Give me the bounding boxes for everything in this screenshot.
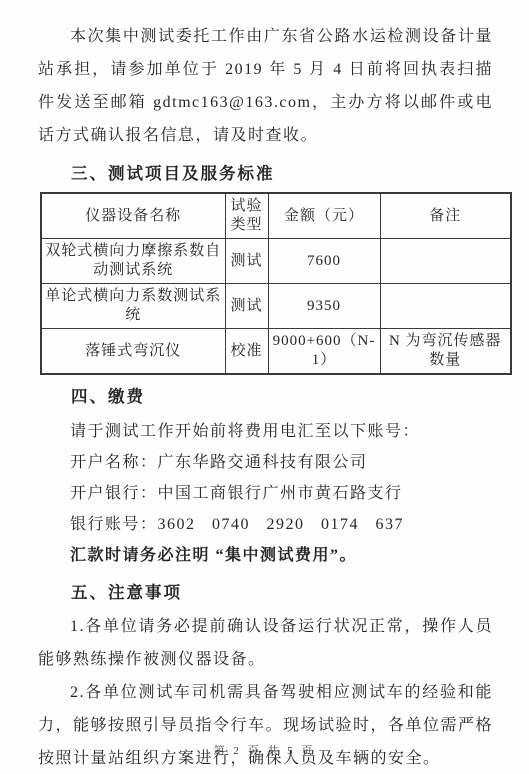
table-cell-amount: 9350 <box>268 284 380 329</box>
table-row: 双轮式横向力摩擦系数自动测试系统 测试 7600 <box>41 239 511 284</box>
table-row: 落锤式弯沉仪 校准 9000+600（N-1） N 为弯沉传感器数量 <box>41 329 511 375</box>
table-cell-instrument: 单论式横向力系数测试系统 <box>41 284 225 329</box>
table-cell-instrument: 落锤式弯沉仪 <box>41 329 225 375</box>
table-header-remarks: 备注 <box>380 193 511 239</box>
payment-details: 请于测试工作开始前将费用电汇至以下账号： 开户名称：广东华路交通科技有限公司 开… <box>38 416 493 571</box>
table-header-amount: 金额（元） <box>268 193 380 239</box>
table-cell-remarks <box>380 284 511 329</box>
table-header-row: 仪器设备名称 试验类型 金额（元） 备注 <box>41 193 511 239</box>
section-heading-payment: 四、缴费 <box>38 384 493 410</box>
table-cell-test-type: 测试 <box>225 284 268 329</box>
document-page: 本次集中测试委托工作由广东省公路水运检测设备计量站承担，请参加单位于 2019 … <box>0 0 529 774</box>
table-header-instrument: 仪器设备名称 <box>41 193 225 239</box>
table-cell-test-type: 校准 <box>225 329 268 375</box>
note-paragraph-2: 2.各单位测试车司机需具备驾驶相应测试车的经验和能力，能够按照引导员指令行车。现… <box>38 676 493 774</box>
table-cell-remarks <box>380 239 511 284</box>
page-footer: 第 2 页 共 5 页 <box>0 742 529 758</box>
intro-paragraph: 本次集中测试委托工作由广东省公路水运检测设备计量站承担，请参加单位于 2019 … <box>38 20 493 152</box>
note-paragraph-1: 1.各单位请务必提前确认设备运行状况正常，操作人员能够熟练操作被测仪器设备。 <box>38 610 493 676</box>
table-cell-instrument: 双轮式横向力摩擦系数自动测试系统 <box>41 239 225 284</box>
payment-account-name-line: 开户名称：广东华路交通科技有限公司 <box>38 447 493 478</box>
payment-intro-line: 请于测试工作开始前将费用电汇至以下账号： <box>38 416 493 447</box>
table-row: 单论式横向力系数测试系统 测试 9350 <box>41 284 511 329</box>
table-cell-test-type: 测试 <box>225 239 268 284</box>
payment-bank-line: 开户银行：中国工商银行广州市黄石路支行 <box>38 478 493 509</box>
equipment-price-table: 仪器设备名称 试验类型 金额（元） 备注 双轮式横向力摩擦系数自动测试系统 测试… <box>40 192 512 375</box>
table-header-test-type: 试验类型 <box>225 193 268 239</box>
table-cell-amount: 7600 <box>268 239 380 284</box>
section-heading-test-items: 三、测试项目及服务标准 <box>38 161 493 187</box>
payment-account-number-line: 银行账号：3602 0740 2920 0174 637 <box>38 509 493 540</box>
table-cell-amount: 9000+600（N-1） <box>268 329 380 375</box>
remittance-note: 汇款时请务必注明 “集中测试费用”。 <box>38 540 493 571</box>
table-cell-remarks: N 为弯沉传感器数量 <box>380 329 511 375</box>
section-heading-notes: 五、注意事项 <box>38 580 493 606</box>
